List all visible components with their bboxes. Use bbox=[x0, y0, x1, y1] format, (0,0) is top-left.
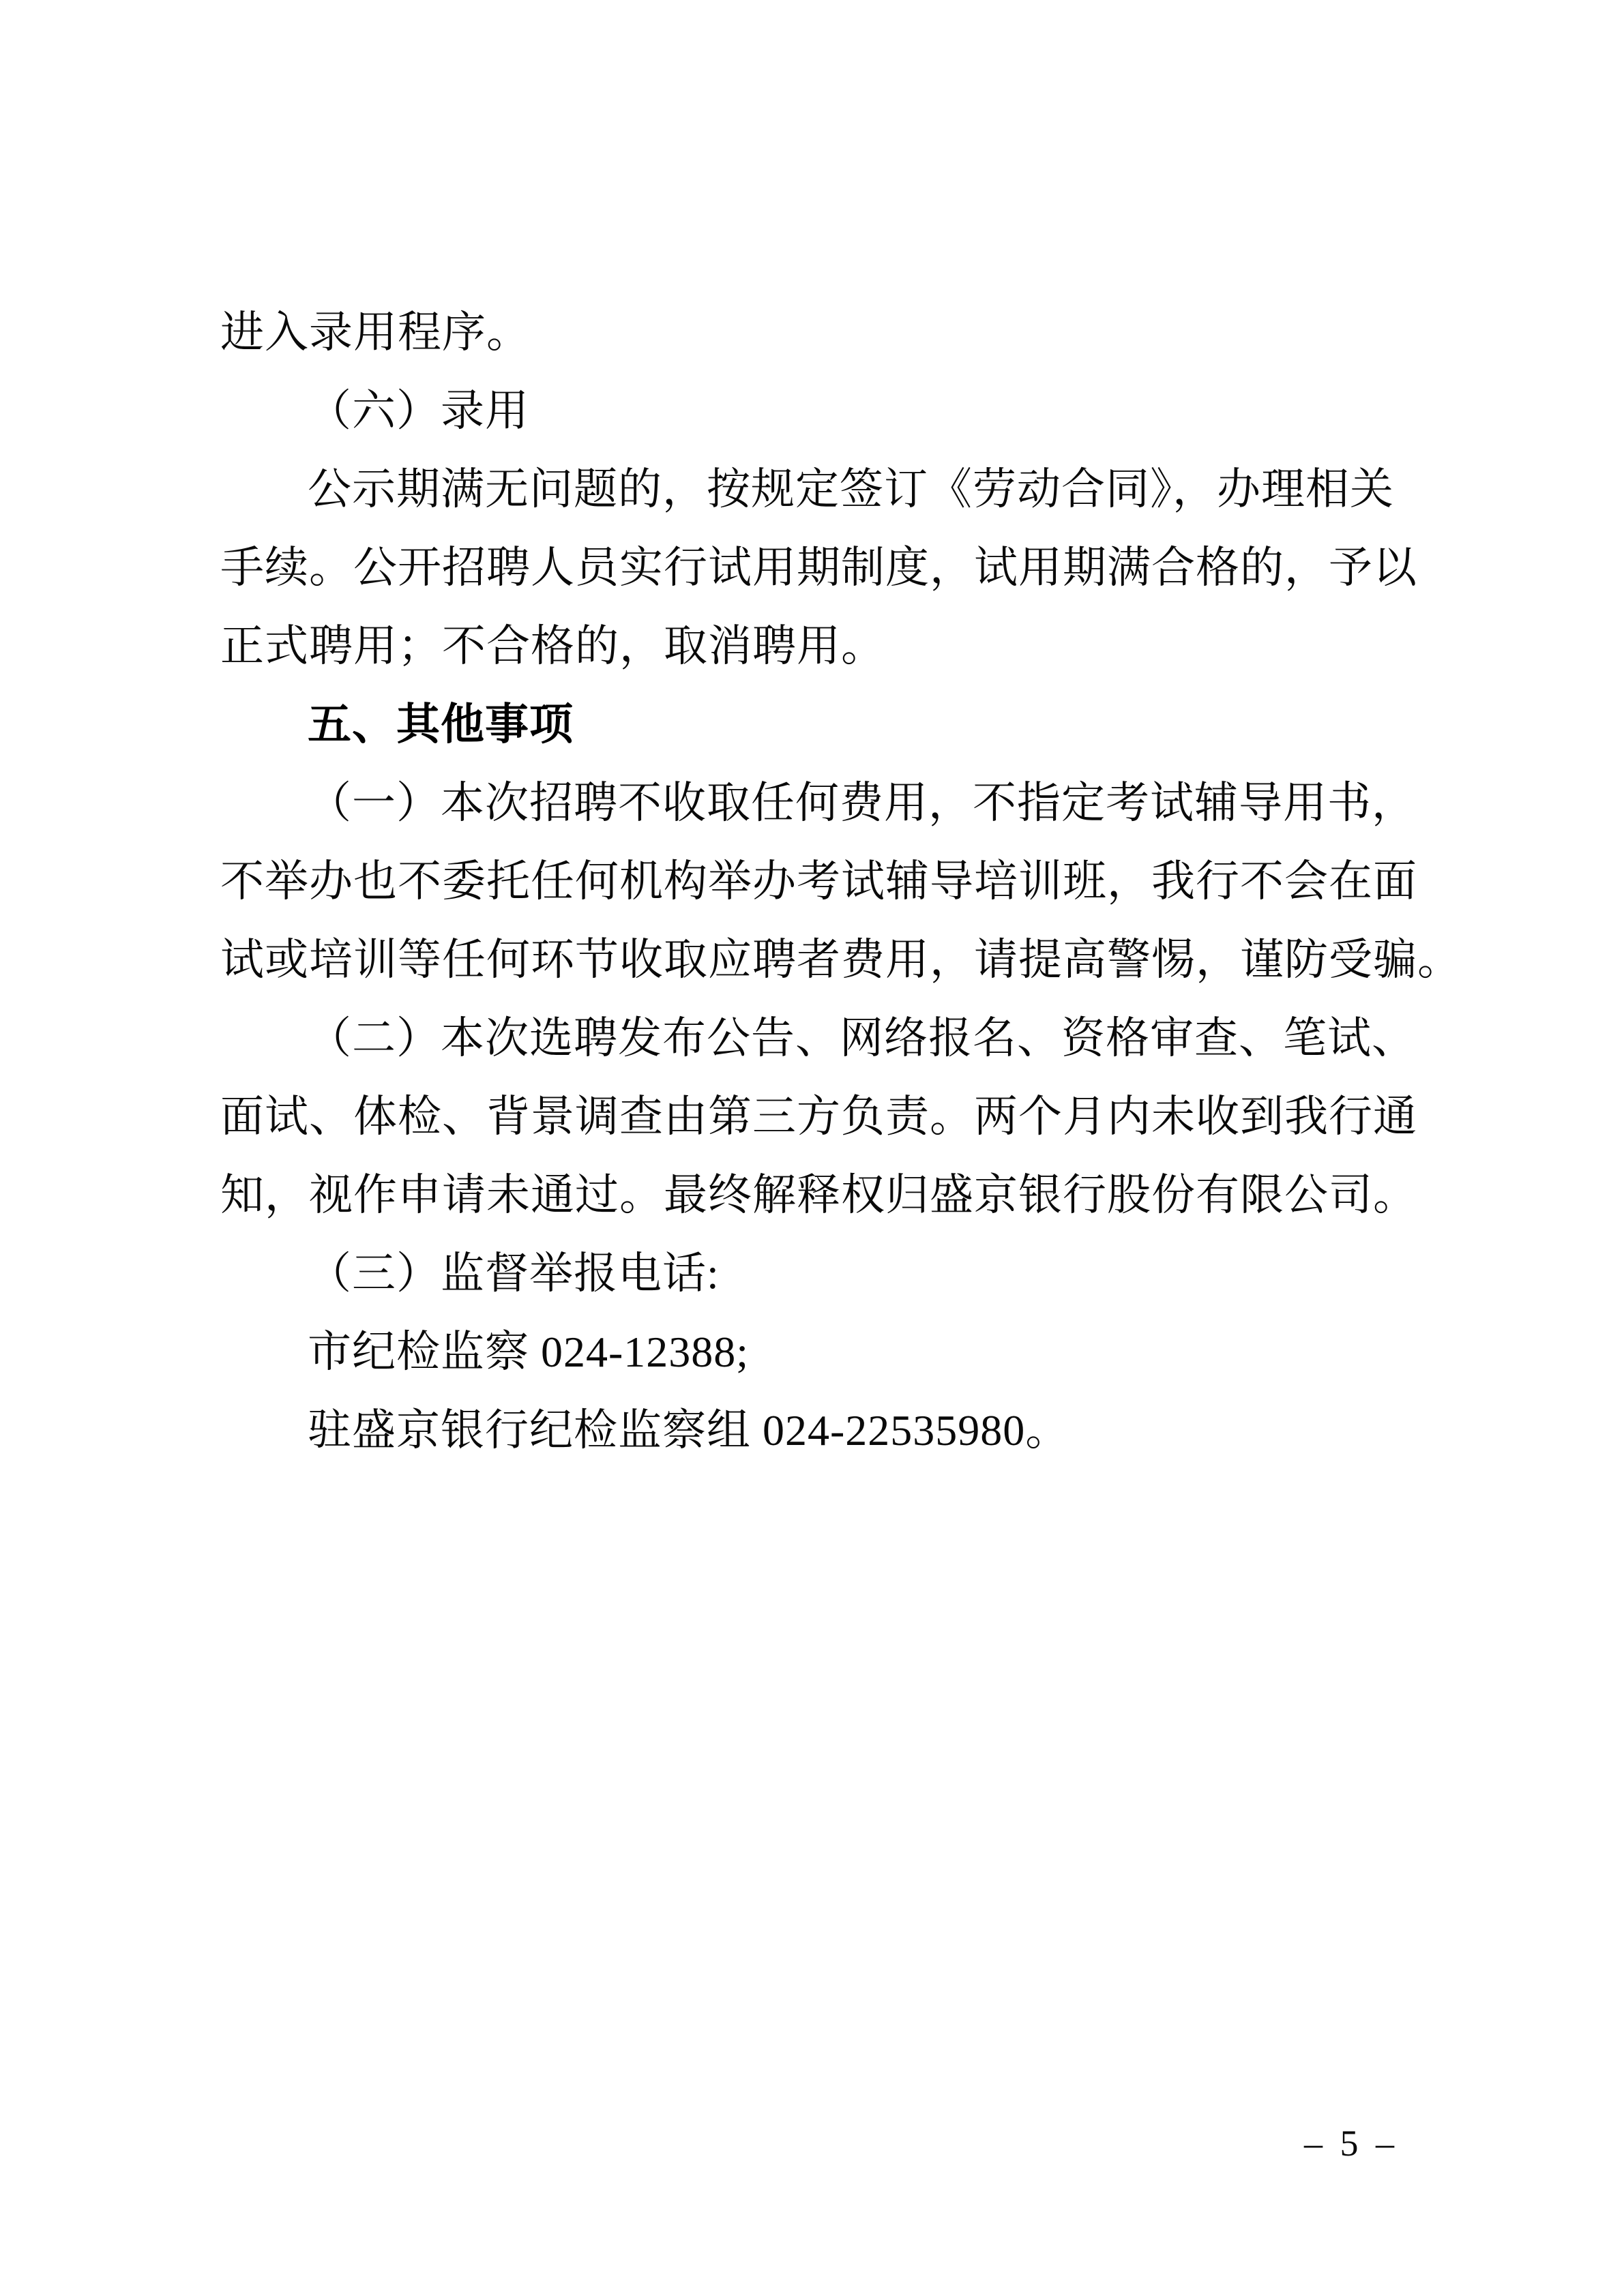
text-line: 知，视作申请未通过。最终解释权归盛京银行股份有限公司。 bbox=[220, 1156, 1441, 1234]
text-line: （三）监督举报电话: bbox=[220, 1234, 1441, 1313]
text-line: 驻盛京银行纪检监察组 024-22535980。 bbox=[220, 1391, 1441, 1470]
text-line: 正式聘用；不合格的，取消聘用。 bbox=[220, 607, 1441, 685]
text-line: （二）本次选聘发布公告、网络报名、资格审查、笔试、 bbox=[220, 999, 1441, 1077]
document-body: 进入录用程序。（六）录用公示期满无问题的，按规定签订《劳动合同》，办理相关手续。… bbox=[220, 293, 1441, 1470]
document-page: 进入录用程序。（六）录用公示期满无问题的，按规定签订《劳动合同》，办理相关手续。… bbox=[0, 0, 1624, 2296]
text-line: （六）录用 bbox=[220, 372, 1441, 450]
section-heading: 五、其他事项 bbox=[220, 685, 1441, 764]
text-line: （一）本次招聘不收取任何费用，不指定考试辅导用书， bbox=[220, 764, 1441, 842]
text-line: 公示期满无问题的，按规定签订《劳动合同》，办理相关 bbox=[220, 450, 1441, 528]
text-line: 进入录用程序。 bbox=[220, 293, 1441, 372]
text-line: 试或培训等任何环节收取应聘者费用，请提高警惕，谨防受骗。 bbox=[220, 921, 1441, 999]
text-line: 手续。公开招聘人员实行试用期制度，试用期满合格的，予以 bbox=[220, 528, 1441, 607]
text-line: 不举办也不委托任何机构举办考试辅导培训班，我行不会在面 bbox=[220, 842, 1441, 921]
page-number: – 5 – bbox=[1304, 2122, 1398, 2164]
text-line: 面试、体检、背景调查由第三方负责。两个月内未收到我行通 bbox=[220, 1077, 1441, 1156]
text-line: 市纪检监察 024-12388; bbox=[220, 1313, 1441, 1391]
